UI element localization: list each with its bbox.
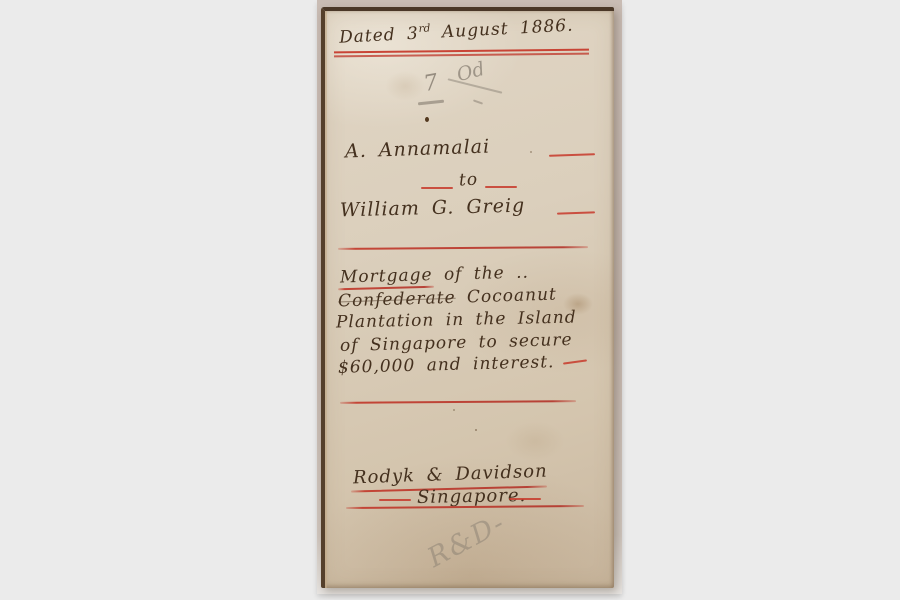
date-text-prefix: Dated 3: [339, 24, 420, 48]
pencil-number-underline: [418, 100, 444, 106]
description-word-confederate: Confederate: [338, 288, 456, 312]
page-background: Dated 3rd August 1886. 7 Od A. Annamalai…: [0, 0, 900, 600]
description-line-1: Mortgage of the ..: [340, 265, 529, 287]
red-dash-after-grantee: [557, 211, 595, 214]
ink-spot: [425, 117, 429, 122]
red-dash-left-of-to: [421, 187, 453, 189]
connector-to: to: [459, 172, 479, 190]
document-photo: Dated 3rd August 1886. 7 Od A. Annamalai…: [317, 0, 622, 594]
description-line1-rest: of the ..: [432, 263, 529, 286]
red-rule-under-city: [346, 505, 584, 509]
red-rule-upper: [338, 246, 588, 250]
red-double-rule-under-date: [334, 49, 589, 58]
pencil-filing-number: 7: [422, 72, 440, 96]
paper-speck: [475, 429, 477, 431]
date-text-suffix: August 1886.: [430, 16, 574, 43]
grantee-name: William G. Greig: [340, 197, 526, 221]
red-dash-right-of-to: [485, 186, 517, 188]
grantor-name: A. Annamalai: [345, 137, 491, 161]
deed-cover-page: Dated 3rd August 1886. 7 Od A. Annamalai…: [321, 7, 614, 588]
description-line-2: Confederate Cocoanut: [338, 287, 557, 311]
red-dash-right-of-city: [509, 498, 541, 500]
date-line: Dated 3rd August 1886.: [339, 16, 574, 47]
red-rule-lower: [340, 400, 576, 404]
red-dash-left-of-city: [379, 499, 411, 501]
description-word-mortgage: Mortgage: [340, 265, 433, 287]
paper-stain: [385, 71, 425, 101]
paper-speck: [453, 409, 455, 411]
description-line-5: $60,000 and interest.: [338, 354, 555, 377]
law-firm-name: Rodyk & Davidson: [353, 463, 548, 488]
description-line-3: Plantation in the Island: [336, 309, 577, 331]
pencil-scribble: R&D-: [424, 509, 511, 572]
red-dash-after-grantor: [549, 153, 595, 157]
date-ordinal: rd: [418, 22, 430, 35]
red-dash-after-interest: [563, 359, 587, 364]
firm-city: Singapore.: [417, 487, 527, 507]
paper-stain: [505, 421, 565, 461]
description-line2-rest: Cocoanut: [455, 285, 557, 308]
paper-speck: [530, 151, 532, 153]
pencil-stray-dash: [473, 99, 483, 104]
